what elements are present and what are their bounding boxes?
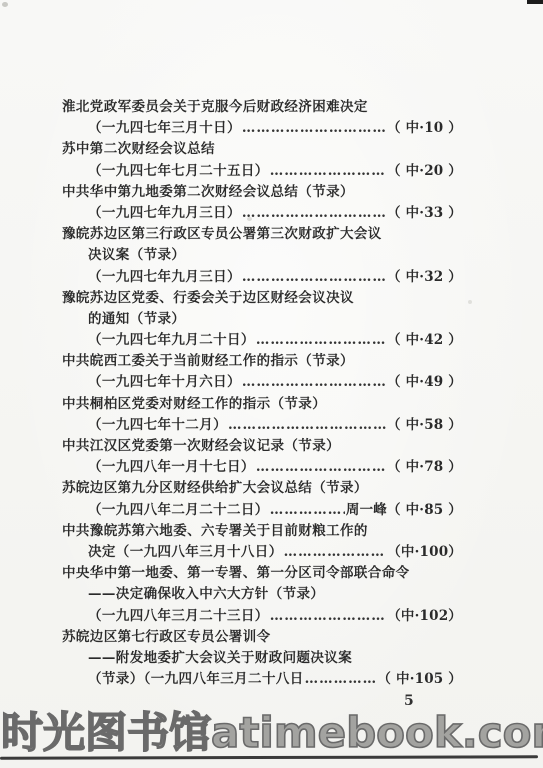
toc-entry-text: （节录）（一九四八年三月二十八日: [88, 669, 304, 690]
toc-line: 苏皖边区第七行政区专员公署训令: [62, 627, 462, 648]
page-ref: （ 中·10 ）: [387, 118, 462, 139]
toc-line: （一九四七年七月二十五日）……………………………………………………（ 中·20 …: [62, 161, 462, 182]
scan-speck: [468, 300, 472, 304]
toc-line: （一九四八年三月二十三日）……………………………………………………（中·102）: [62, 606, 462, 627]
toc-line: 中共桐柏区党委对财经工作的指示（节录）: [62, 394, 462, 415]
toc-entry-text: （一九四八年二月二十二日）: [88, 500, 269, 521]
toc-line: （节录）（一九四八年三月二十八日……………………………………（ 中·105 ）: [62, 669, 462, 690]
toc-line: 淮北党政军委员会关于克服今后财政经济困难决定: [62, 97, 462, 118]
toc-entry-text: 豫皖苏边区党委、行委会关于边区财经会议决议: [62, 288, 354, 309]
dot-leader: ……………………………………………………: [242, 118, 386, 139]
toc-line: 的通知（节录）: [62, 309, 462, 330]
toc-entry-text: （一九四七年九月三日）: [88, 267, 241, 288]
watermark: 时光图书馆atimebook.com: [1, 707, 543, 759]
toc-line: 苏皖边区第九分区财经供给扩大会议总结（节录）: [62, 478, 462, 499]
page-ref: （ 中·78 ）: [387, 457, 462, 478]
toc-line: 豫皖苏边区第三行政区专员公署第三次财政扩大会议: [62, 224, 462, 245]
toc-entry-text: 中共皖西工委关于当前财经工作的指示（节录）: [62, 351, 354, 372]
toc-entry-text: 中央华中第一地委、第一专署、第一分区司令部联合命令: [62, 563, 410, 584]
toc-line: 中共江汉区党委第一次财经会议记录（节录）: [62, 436, 462, 457]
dot-leader: ……………………………………………………: [270, 161, 386, 182]
toc-entry-text: 中共豫皖苏第六地委、六专署关于目前财粮工作的: [62, 521, 368, 542]
toc-entry-text: （一九四七年九月三日）: [88, 203, 241, 224]
toc-line: ——附发地委扩大会议关于财政问题决议案: [62, 648, 462, 669]
page-ref: （ 中·42 ）: [387, 330, 462, 351]
page-ref: （ 中·105 ）: [377, 669, 462, 690]
toc-line: ——决定确保收入中六大方针（节录）: [62, 584, 462, 605]
dot-leader: ……………………………………………………: [228, 415, 386, 436]
toc-line: 中共豫皖苏第六地委、六专署关于目前财粮工作的: [62, 521, 462, 542]
toc-entry-text: （一九四七年九月二十日）: [88, 330, 255, 351]
toc-line: 决议案（节录）: [62, 245, 462, 266]
toc-line: 中共皖西工委关于当前财经工作的指示（节录）: [62, 351, 462, 372]
toc-line: （一九四七年九月二十日）……………………………………………………（ 中·42 ）: [62, 330, 462, 351]
dot-leader: ……………………………………………………: [270, 606, 387, 627]
toc-line: （一九四八年一月十七日）……………………………………………………（ 中·78 ）: [62, 457, 462, 478]
toc-line: （一九四七年三月十日）……………………………………………………（ 中·10 ）: [62, 118, 462, 139]
dot-leader: ……………………………………: [270, 500, 345, 521]
page-number: 5: [404, 693, 414, 709]
toc-entry-text: 的通知（节录）: [88, 309, 185, 330]
toc-entry-text: 苏皖边区第九分区财经供给扩大会议总结（节录）: [62, 478, 368, 499]
toc-entry-text: （一九四七年十月六日）: [88, 372, 241, 393]
page-ref: （ 中·20 ）: [387, 161, 462, 182]
toc-entry-text: 决议案（节录）: [88, 245, 185, 266]
toc-entry-text: 中共桐柏区党委对财经工作的指示（节录）: [62, 394, 326, 415]
toc-entry-text: （一九四七年三月十日）: [88, 118, 241, 139]
dot-leader: ……………………………………………………: [256, 457, 386, 478]
toc-entry-text: 苏中第二次财经会议总结: [62, 139, 215, 160]
page-ref: （ 中·32 ）: [387, 267, 462, 288]
toc-entry-text: ——决定确保收入中六大方针（节录）: [88, 584, 324, 605]
dot-leader: ……………………………………………………: [284, 542, 387, 563]
toc-line: 中共华中第九地委第二次财经会议总结（节录）: [62, 182, 462, 203]
toc-entry-text: 中共华中第九地委第二次财经会议总结（节录）: [62, 182, 354, 203]
toc-line: 苏中第二次财经会议总结: [62, 139, 462, 160]
toc-entry-text: （一九四八年一月十七日）: [88, 457, 255, 478]
toc-entry-text: 苏皖边区第七行政区专员公署训令: [62, 627, 271, 648]
dot-leader: ……………………………………: [305, 669, 377, 690]
dot-leader: ……………………………………………………: [242, 203, 386, 224]
toc-line: （一九四七年十月六日）……………………………………………………（ 中·49 ）: [62, 372, 462, 393]
toc-line: 豫皖苏边区党委、行委会关于边区财经会议决议: [62, 288, 462, 309]
dot-leader: ……………………………………………………: [242, 372, 386, 393]
toc-list: 淮北党政军委员会关于克服今后财政经济困难决定（一九四七年三月十日）……………………: [62, 97, 462, 690]
toc-entry-text: ——附发地委扩大会议关于财政问题决议案: [88, 648, 352, 669]
toc-line: （一九四七年九月三日）……………………………………………………（ 中·33 ）: [62, 203, 462, 224]
scan-corner-mark: [527, 0, 543, 4]
page-ref: （中·100）: [387, 542, 462, 563]
toc-entry-text: （一九四七年十二月）: [88, 415, 227, 436]
toc-line: 决定（一九四八年三月十八日）……………………………………………………（中·100…: [62, 542, 462, 563]
toc-entry-text: 中共江汉区党委第一次财经会议记录（节录）: [62, 436, 340, 457]
toc-line: （一九四八年二月二十二日）……………………………………周一峰（ 中·85 ）: [62, 500, 462, 521]
toc-line: 中央华中第一地委、第一专署、第一分区司令部联合命令: [62, 563, 462, 584]
toc-line: （一九四七年九月三日）……………………………………………………（ 中·32 ）: [62, 267, 462, 288]
toc-entry-text: （一九四七年七月二十五日）: [88, 161, 269, 182]
page-ref: 周一峰（ 中·85 ）: [346, 500, 462, 521]
toc-entry-text: 淮北党政军委员会关于克服今后财政经济困难决定: [62, 97, 368, 118]
toc-line: （一九四七年十二月）……………………………………………………（ 中·58 ）: [62, 415, 462, 436]
toc-entry-text: 决定（一九四八年三月十八日）: [88, 542, 283, 563]
toc-entry-text: （一九四八年三月二十三日）: [88, 606, 269, 627]
toc-entry-text: 豫皖苏边区第三行政区专员公署第三次财政扩大会议: [62, 224, 382, 245]
page-ref: （ 中·49 ）: [387, 372, 462, 393]
page-ref: （ 中·58 ）: [387, 415, 462, 436]
dot-leader: ……………………………………………………: [256, 330, 386, 351]
watermark-text: 时光图书馆atimebook.com: [1, 708, 543, 757]
scanned-book-page: 淮北党政军委员会关于克服今后财政经济困难决定（一九四七年三月十日）……………………: [0, 0, 543, 768]
dot-leader: ……………………………………………………: [242, 267, 386, 288]
page-ref: （中·102）: [387, 606, 462, 627]
scan-speck: [2, 2, 8, 7]
page-ref: （ 中·33 ）: [387, 203, 462, 224]
